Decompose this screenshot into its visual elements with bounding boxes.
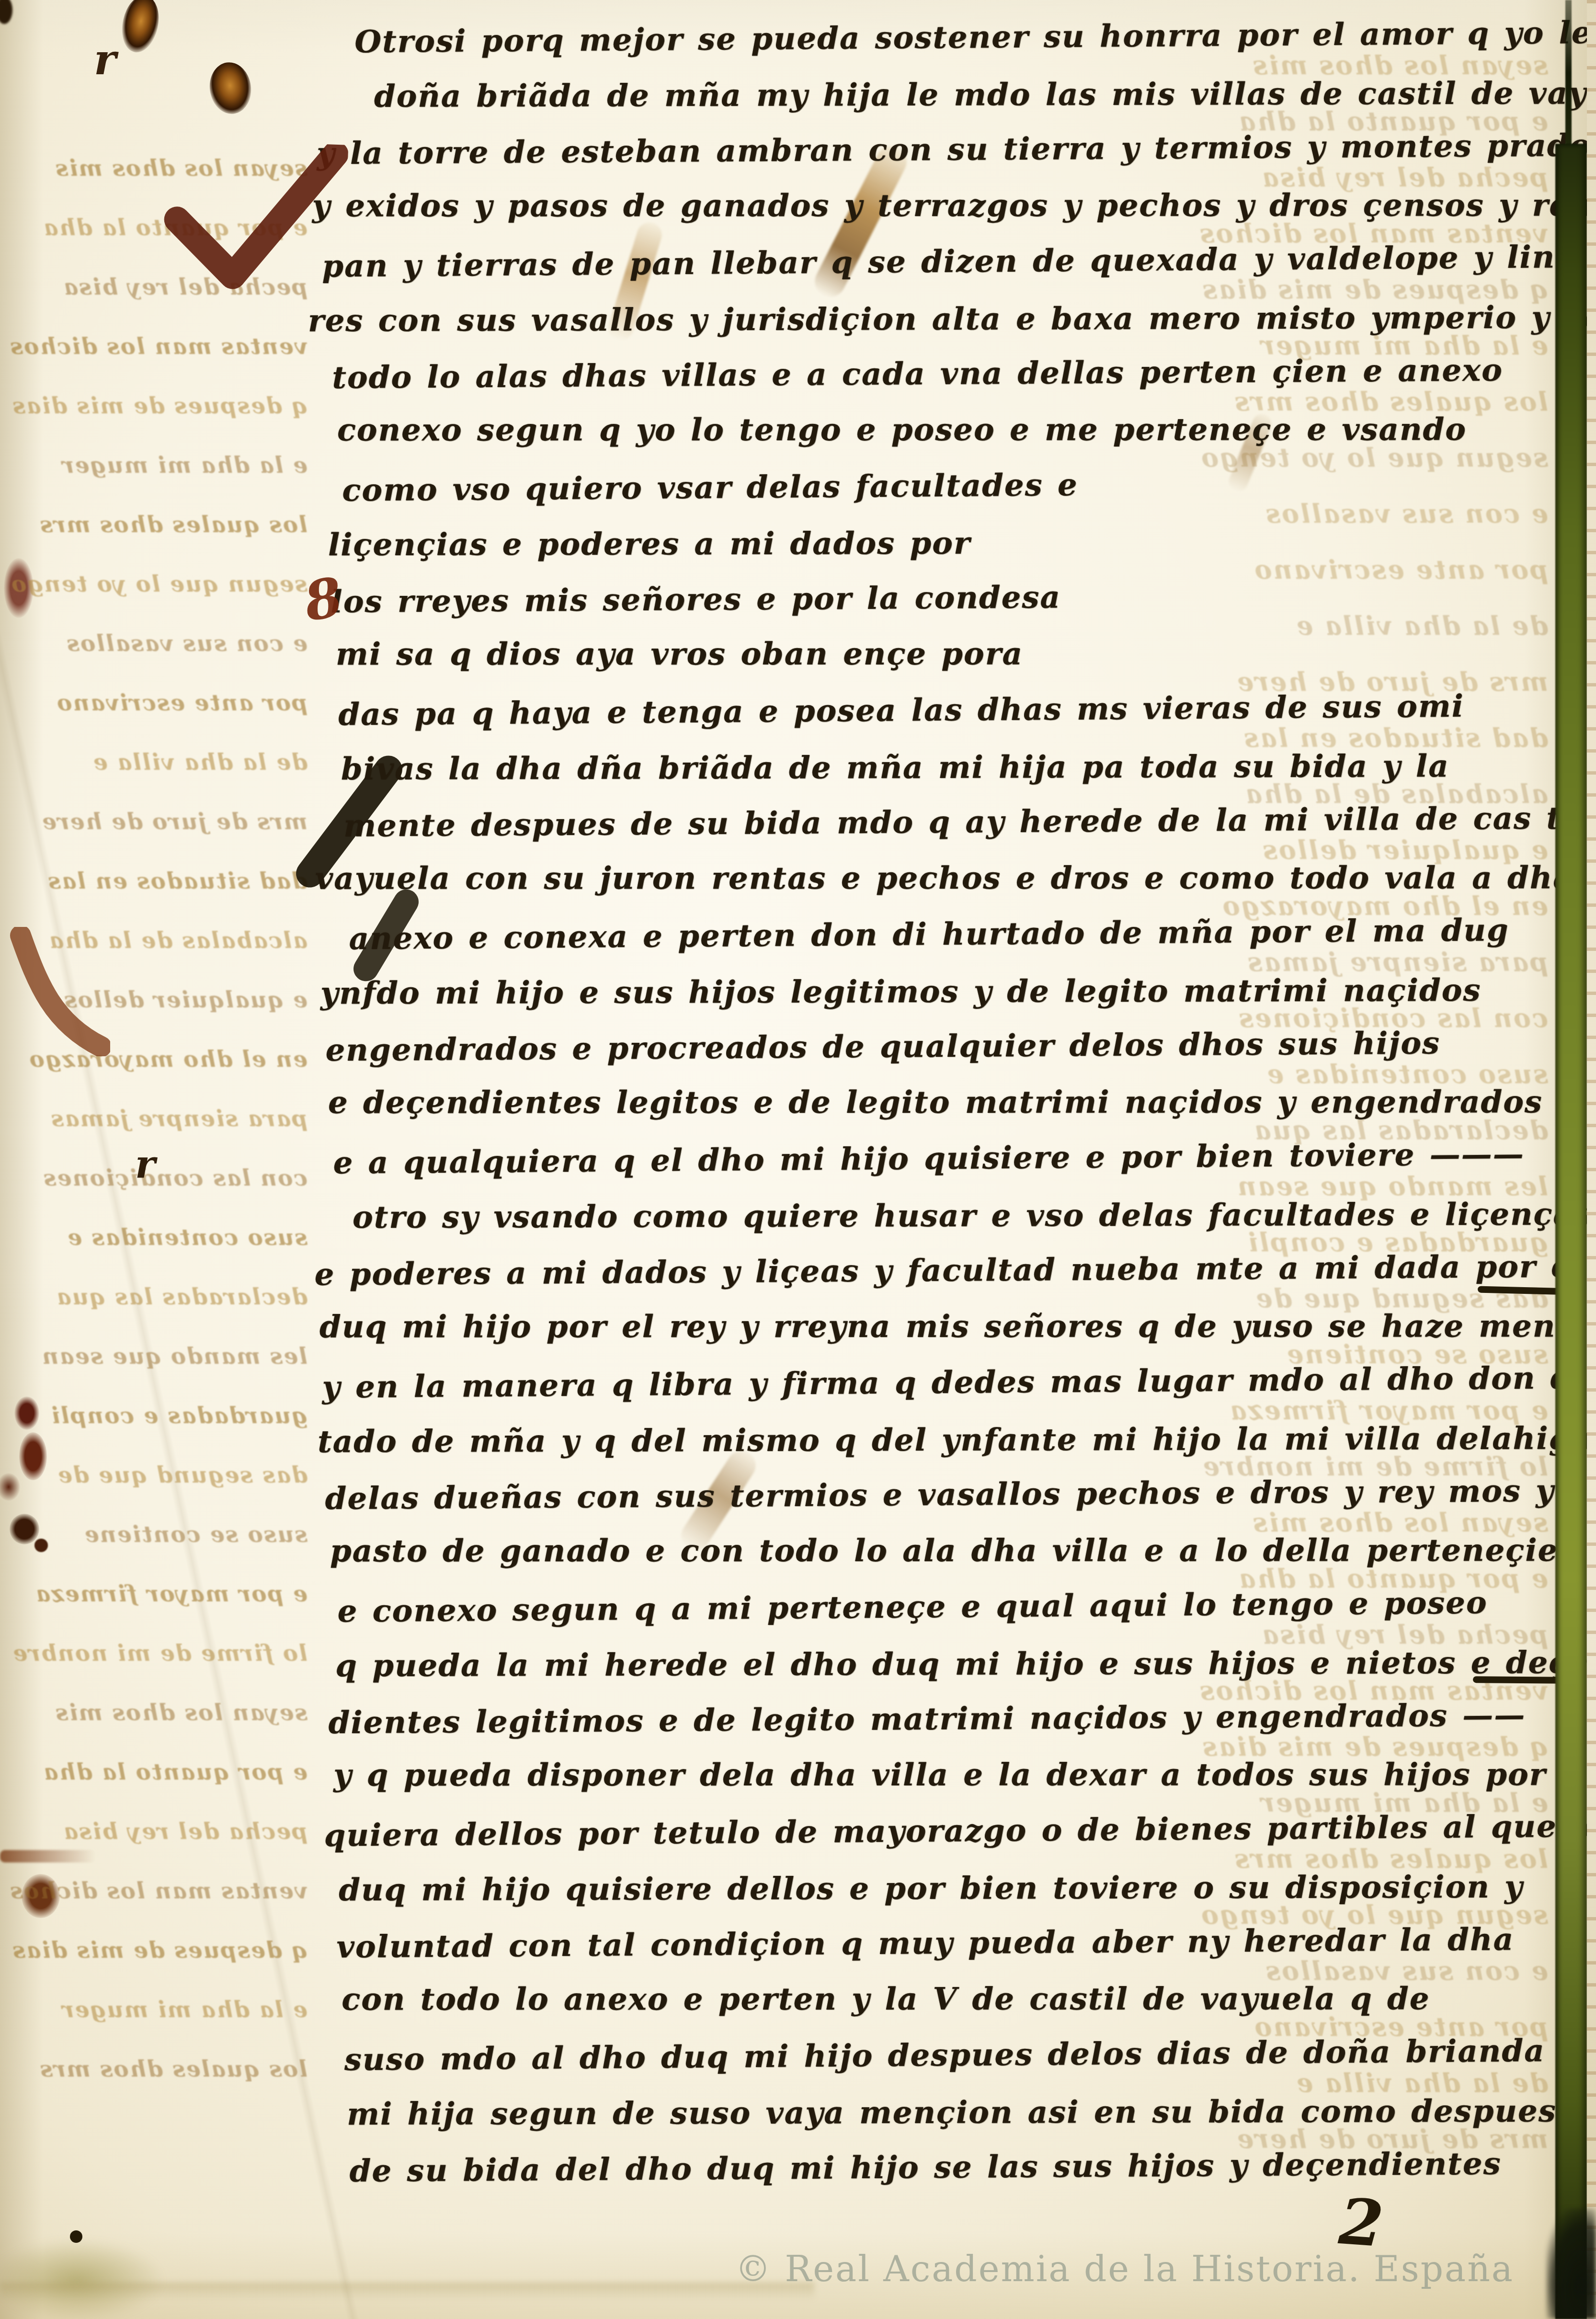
bleedthrough-line: ventas man los dichos (0, 317, 308, 377)
manuscript-line: doña briãda de mña my hija le mdo las mi… (374, 65, 1567, 125)
bleedthrough-line: declaradas las qua (4, 1268, 308, 1327)
burn-stain (117, 0, 163, 56)
manuscript-line: Otrosi porq mejor se pueda sostener su h… (354, 5, 1567, 70)
bleedthrough-line: pecha del rey bisa (4, 1802, 308, 1862)
manuscript-line: bivas la dha dña briãda de mña mi hija p… (341, 738, 1570, 797)
manuscript-line: todo lo alas dhas villas e a cada vna de… (332, 342, 1568, 406)
manuscript-line: de su bida del dho duq mi hijo se las su… (349, 2136, 1576, 2200)
manuscript-line: liçençias e poderes a mi dados por (328, 514, 1569, 573)
bleedthrough-line: e la dha mi muger (4, 1980, 308, 2040)
manuscript-line: duq mi hijo quisiere dellos e por bien t… (339, 1859, 1574, 1918)
bleedthrough-line: los quales dhos mrs (0, 495, 308, 555)
manuscript-line: e a qualquiera q el dho mi hijo quisiere… (333, 1126, 1572, 1191)
manuscript-line: pan y tierras de pan llebar q se dizen d… (322, 229, 1568, 295)
manuscript-line: otro sy vsando como quiere husar e vso d… (353, 1186, 1572, 1245)
manuscript-line: duq mi hijo por el rey y rreyna mis seño… (319, 1298, 1572, 1355)
manuscript-line: los rreyes mis señores e por la condesa (331, 566, 1569, 630)
manuscript-line: das pa q haya e tenga e posea las dhas m… (338, 677, 1570, 743)
manuscript-line: quiera dellos por tetulo de mayorazgo o … (324, 1798, 1574, 1864)
manuscript-line: suso mdo al dho duq mi hijo despues delo… (344, 2022, 1575, 2088)
bleedthrough-line: e por quanto la dha (0, 1743, 308, 1802)
binding-green-strip (1555, 144, 1587, 2319)
binding-corner-shadow (1546, 2208, 1596, 2319)
bleedthrough-line: segun que lo yo tengo (4, 555, 308, 614)
manuscript-line: tado de mña y q del mismo q del ynfante … (318, 1411, 1573, 1470)
manuscript-line: mente despues de su bida mdo q ay herede… (343, 790, 1570, 855)
manuscript-line: anexo e conexa e perten don di hurtado d… (349, 902, 1571, 967)
archive-watermark: © Real Academia de la Historia. España (735, 2249, 1514, 2290)
bleedthrough-line: lo firme de mi nonbre (4, 1624, 308, 1683)
margin-letter-r: r (135, 1145, 155, 1183)
manuscript-line: dientes legitimos e de legito matrimi na… (328, 1687, 1574, 1751)
corner-smudge (0, 2239, 163, 2319)
bleedthrough-line: para sienpre jamas (4, 1089, 308, 1149)
rust-hook-mark-icon (7, 927, 110, 1056)
manuscript-line: ynfdo mi hijo e sus hijos legitimos y de… (320, 962, 1571, 1022)
ink-speck (70, 2230, 82, 2243)
verso-bleedthrough-column: seyan los dhos mise por quanto la dhapec… (0, 139, 308, 2099)
manuscript-line: vayuela con su juron rentas e pechos e d… (315, 850, 1570, 906)
manuscript-line: delas dueñas con sus termios e vasallos … (325, 1463, 1573, 1527)
manuscript-page: seyan los dhos mise por quanto la dhapec… (0, 0, 1596, 2319)
bleedthrough-line: de la dha villa e (4, 733, 308, 792)
bleedthrough-line: por ante escrivano (0, 674, 308, 733)
bleedthrough-line: les mando que sean (16, 1327, 308, 1386)
manuscript-line: e deçendientes legitos e de legito matri… (328, 1074, 1571, 1131)
bleedthrough-line: q despues de mis dias (0, 1921, 308, 1980)
bleedthrough-line: con las condiçiones (16, 1149, 308, 1208)
burn-stain (206, 60, 254, 117)
bleedthrough-line: e con sus vasallos (16, 614, 308, 674)
bleedthrough-line: e la dha mi muger (16, 436, 308, 495)
manuscript-text-block: Otrosi porq mejor se pueda sostener su h… (302, 7, 1576, 2198)
manuscript-line: e poderes a mi dados y liçeas y facultad… (314, 1238, 1572, 1302)
bleedthrough-line: e por mayor firmeza (0, 1565, 308, 1624)
manuscript-line: res con sus vasallos y jurisdiçion alta … (308, 290, 1568, 349)
bleedthrough-line: ventas man los dichos (16, 1862, 308, 1921)
bleedthrough-line: mrs de juro de here (16, 792, 308, 852)
bleedthrough-line: los quales dhos mrs (16, 2040, 308, 2099)
manuscript-line: pasto de ganado e con todo lo ala dha vi… (330, 1522, 1573, 1579)
manuscript-line: conexo segun q yo lo tengo e poseo e me … (337, 401, 1568, 458)
manuscript-line: y en la manera q libra y firma q dedes m… (322, 1350, 1573, 1416)
bleedthrough-line: seyan los dhos mis (16, 1683, 308, 1743)
manuscript-line: con todo lo anexo e perten y la V de cas… (342, 1971, 1575, 2027)
red-checkmark-icon (161, 138, 349, 293)
manuscript-line: y la torre de esteban ambran con su tier… (317, 118, 1567, 182)
adjacent-folio-edge (1587, 0, 1596, 2319)
bleedthrough-line: das segund que de (4, 1446, 308, 1505)
bottom-edge-shadow (0, 2283, 814, 2300)
manuscript-line: engendrados e procreados de qualquier de… (325, 1015, 1571, 1079)
manuscript-line: q pueda la mi herede el dho duq mi hijo … (335, 1634, 1573, 1694)
bleedthrough-line: suso se contiene (16, 1505, 308, 1565)
bleedthrough-line: guardadas e conpli (0, 1386, 308, 1446)
bleedthrough-line: suso contenidas e (0, 1208, 308, 1268)
bleedthrough-line: dad situados en las (0, 852, 308, 911)
manuscript-line: mi hija segun de suso vaya mençion asi e… (347, 2083, 1575, 2142)
manuscript-line: y q pueda disponer dela dha villa e la d… (333, 1747, 1574, 1803)
manuscript-line: y exidos y pasos de ganados y terrazgos … (312, 177, 1567, 234)
margin-letter-r: r (94, 38, 116, 80)
manuscript-line: mi sa q dios aya vros oban ençe pora (336, 626, 1569, 682)
bleedthrough-line: q despues de mis dias (4, 377, 308, 436)
paragraph-end-flourish: 2 (1337, 2190, 1386, 2256)
manuscript-line: como vso quiero vsar delas facultades e (342, 453, 1569, 518)
corner-speck (0, 0, 12, 24)
manuscript-line: voluntad con tal condiçion q muy pueda a… (336, 1911, 1575, 1976)
manuscript-line: e conexo segun q a mi perteneçe e qual a… (337, 1574, 1573, 1639)
